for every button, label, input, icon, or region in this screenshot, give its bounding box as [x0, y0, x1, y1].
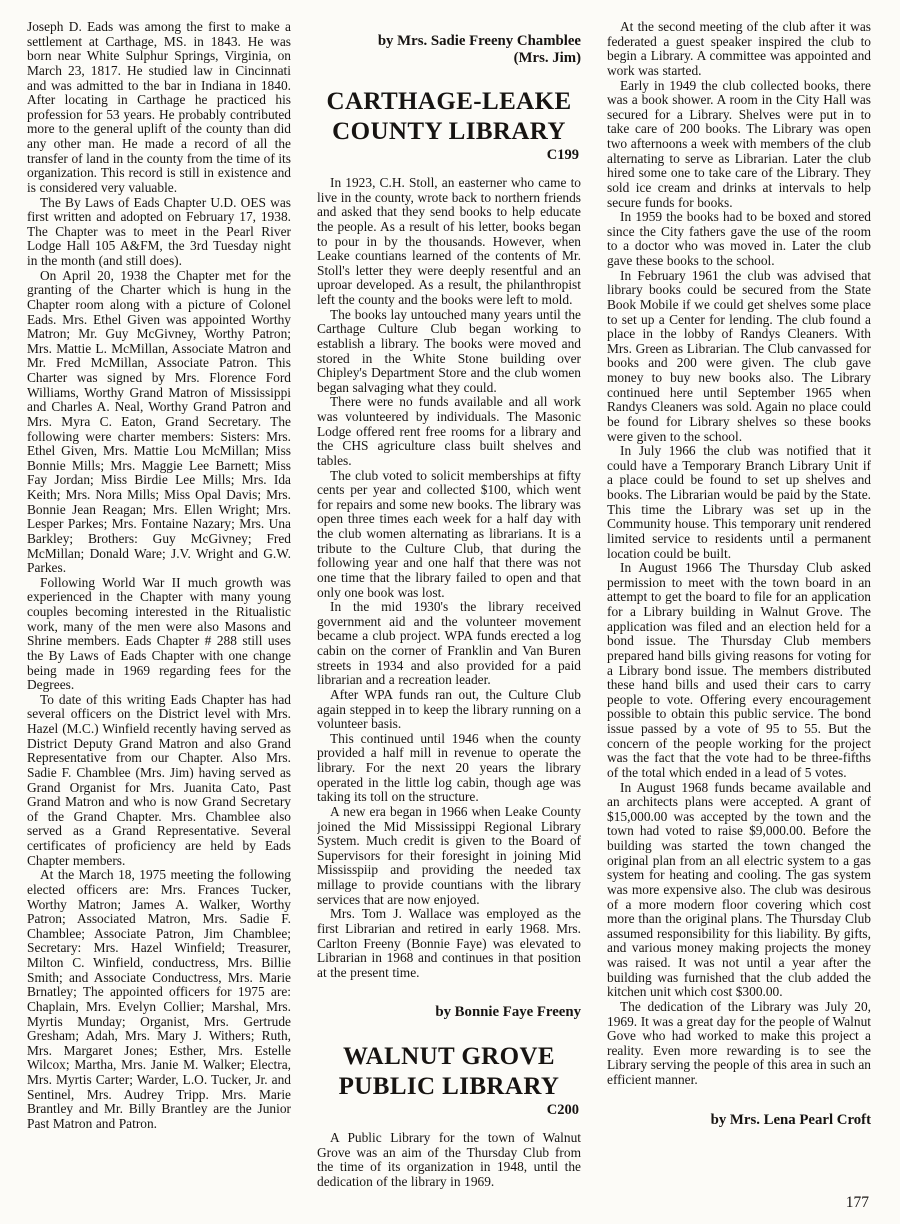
section-title-line: PUBLIC LIBRARY	[317, 1072, 581, 1102]
paragraph: At the March 18, 1975 meeting the follow…	[27, 868, 291, 1131]
byline-line: (Mrs. Jim)	[317, 50, 581, 67]
paragraph: In February 1961 the club was advised th…	[607, 269, 871, 445]
paragraph: At the second meeting of the club after …	[607, 20, 871, 79]
paragraph: A new era began in 1966 when Leake Count…	[317, 805, 581, 907]
paragraph: After WPA funds ran out, the Culture Clu…	[317, 688, 581, 732]
byline: by Bonnie Faye Freeny	[317, 1004, 581, 1021]
paragraph: A Public Library for the town of Walnut …	[317, 1131, 581, 1190]
section-code: C199	[317, 148, 579, 163]
paragraph: Early in 1949 the club collected books, …	[607, 79, 871, 211]
column-1: Joseph D. Eads was among the first to ma…	[27, 20, 291, 1216]
paragraph: The club voted to solicit memberships at…	[317, 469, 581, 601]
paragraph: In July 1966 the club was notified that …	[607, 444, 871, 561]
paragraph: The books lay untouched many years until…	[317, 308, 581, 396]
section-title: CARTHAGE-LEAKECOUNTY LIBRARY	[317, 87, 581, 147]
paragraph: Mrs. Tom J. Wallace was employed as the …	[317, 907, 581, 980]
paragraph: In the mid 1930's the library received g…	[317, 600, 581, 688]
page-number: 177	[846, 1194, 869, 1212]
section-title-line: CARTHAGE-LEAKE	[317, 87, 581, 117]
paragraph: In 1959 the books had to be boxed and st…	[607, 210, 871, 269]
section-title-line: COUNTY LIBRARY	[317, 117, 581, 147]
paragraph: On April 20, 1938 the Chapter met for th…	[27, 269, 291, 576]
book-page: Joseph D. Eads was among the first to ma…	[0, 0, 900, 1224]
paragraph: There were no funds available and all wo…	[317, 395, 581, 468]
byline-line: by Mrs. Lena Pearl Croft	[607, 1112, 871, 1129]
paragraph: In 1923, C.H. Stoll, an easterner who ca…	[317, 176, 581, 308]
text-columns: Joseph D. Eads was among the first to ma…	[27, 20, 871, 1216]
column-3: At the second meeting of the club after …	[607, 20, 871, 1216]
paragraph: The dedication of the Library was July 2…	[607, 1000, 871, 1088]
section-code: C200	[317, 1103, 579, 1118]
paragraph: In August 1966 The Thursday Club asked p…	[607, 561, 871, 780]
paragraph: In August 1968 funds became available an…	[607, 781, 871, 1000]
byline-line: by Bonnie Faye Freeny	[317, 1004, 581, 1021]
paragraph: This continued until 1946 when the count…	[317, 732, 581, 805]
paragraph: Following World War II much growth was e…	[27, 576, 291, 693]
byline: by Mrs. Sadie Freeny Chamblee(Mrs. Jim)	[317, 33, 581, 66]
paragraph: Joseph D. Eads was among the first to ma…	[27, 20, 291, 196]
paragraph: The By Laws of Eads Chapter U.D. OES was…	[27, 196, 291, 269]
section-title: WALNUT GROVEPUBLIC LIBRARY	[317, 1042, 581, 1102]
byline-line: by Mrs. Sadie Freeny Chamblee	[317, 33, 581, 50]
byline: by Mrs. Lena Pearl Croft	[607, 1112, 871, 1129]
column-2: by Mrs. Sadie Freeny Chamblee(Mrs. Jim)C…	[317, 20, 581, 1216]
section-title-line: WALNUT GROVE	[317, 1042, 581, 1072]
paragraph: To date of this writing Eads Chapter has…	[27, 693, 291, 869]
